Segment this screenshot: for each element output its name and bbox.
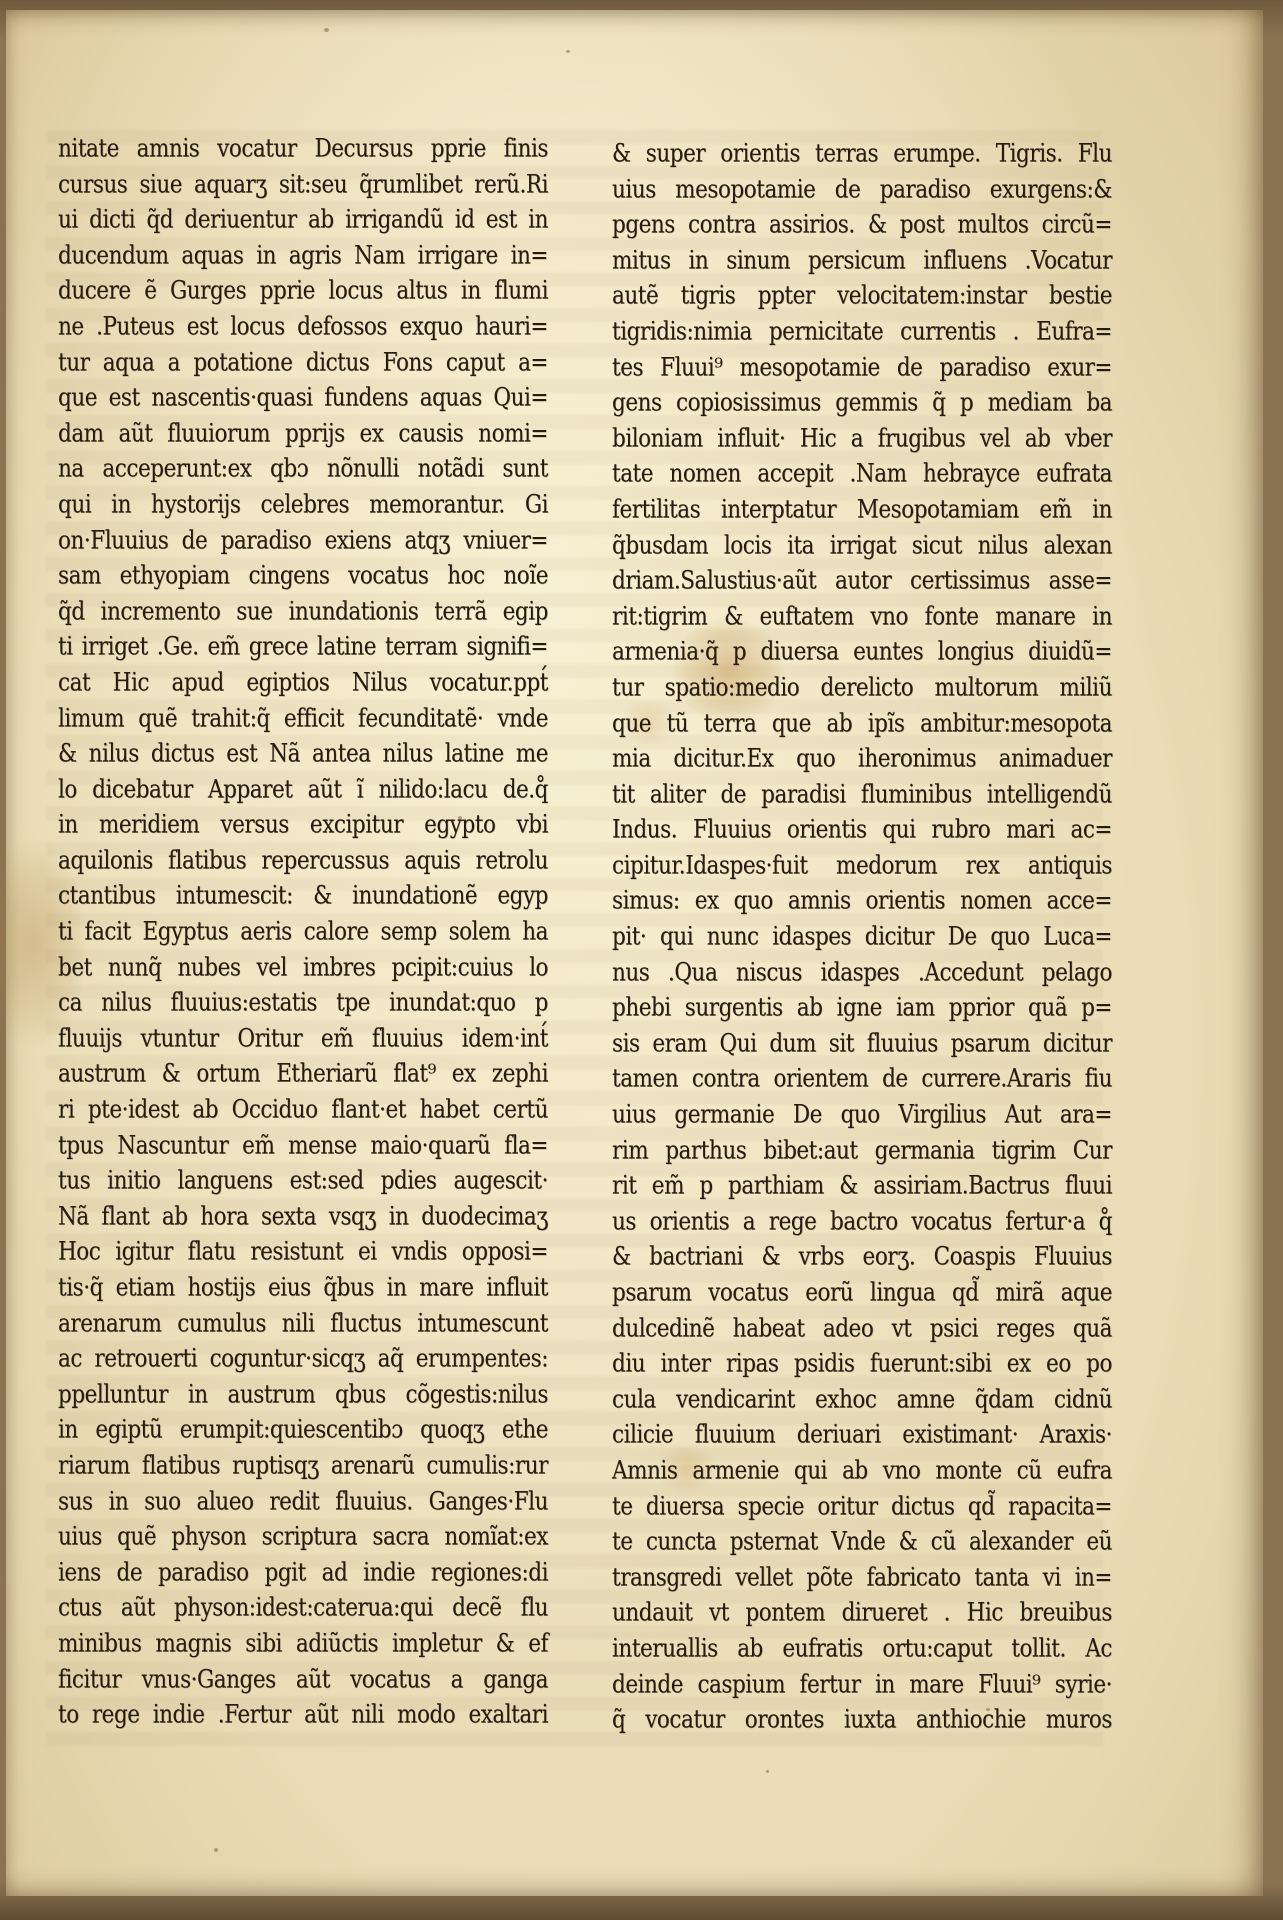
text-line: q̃ vocatur orontes iuxta anthiochie muro…	[612, 1700, 1112, 1741]
text-line: cat Hic apud egiptios Nilus vocatur.ppt́	[58, 663, 548, 704]
speckle	[566, 50, 570, 53]
scan-background: nitate amnis vocatur Decursus pprie fini…	[0, 0, 1283, 1920]
text-line: tur spatio:medio derelicto multorum mili…	[612, 668, 1112, 709]
right-text-column: & super orientis terras erumpe. Tigris. …	[612, 137, 1112, 1739]
book-page: nitate amnis vocatur Decursus pprie fini…	[6, 10, 1263, 1896]
text-line: to rege indie .Fertur aũt nili modo exal…	[58, 1695, 548, 1736]
left-text-column: nitate amnis vocatur Decursus pprie fini…	[58, 132, 548, 1734]
speckle	[214, 1848, 218, 1852]
speckle	[766, 1770, 769, 1773]
speckle	[324, 28, 329, 32]
